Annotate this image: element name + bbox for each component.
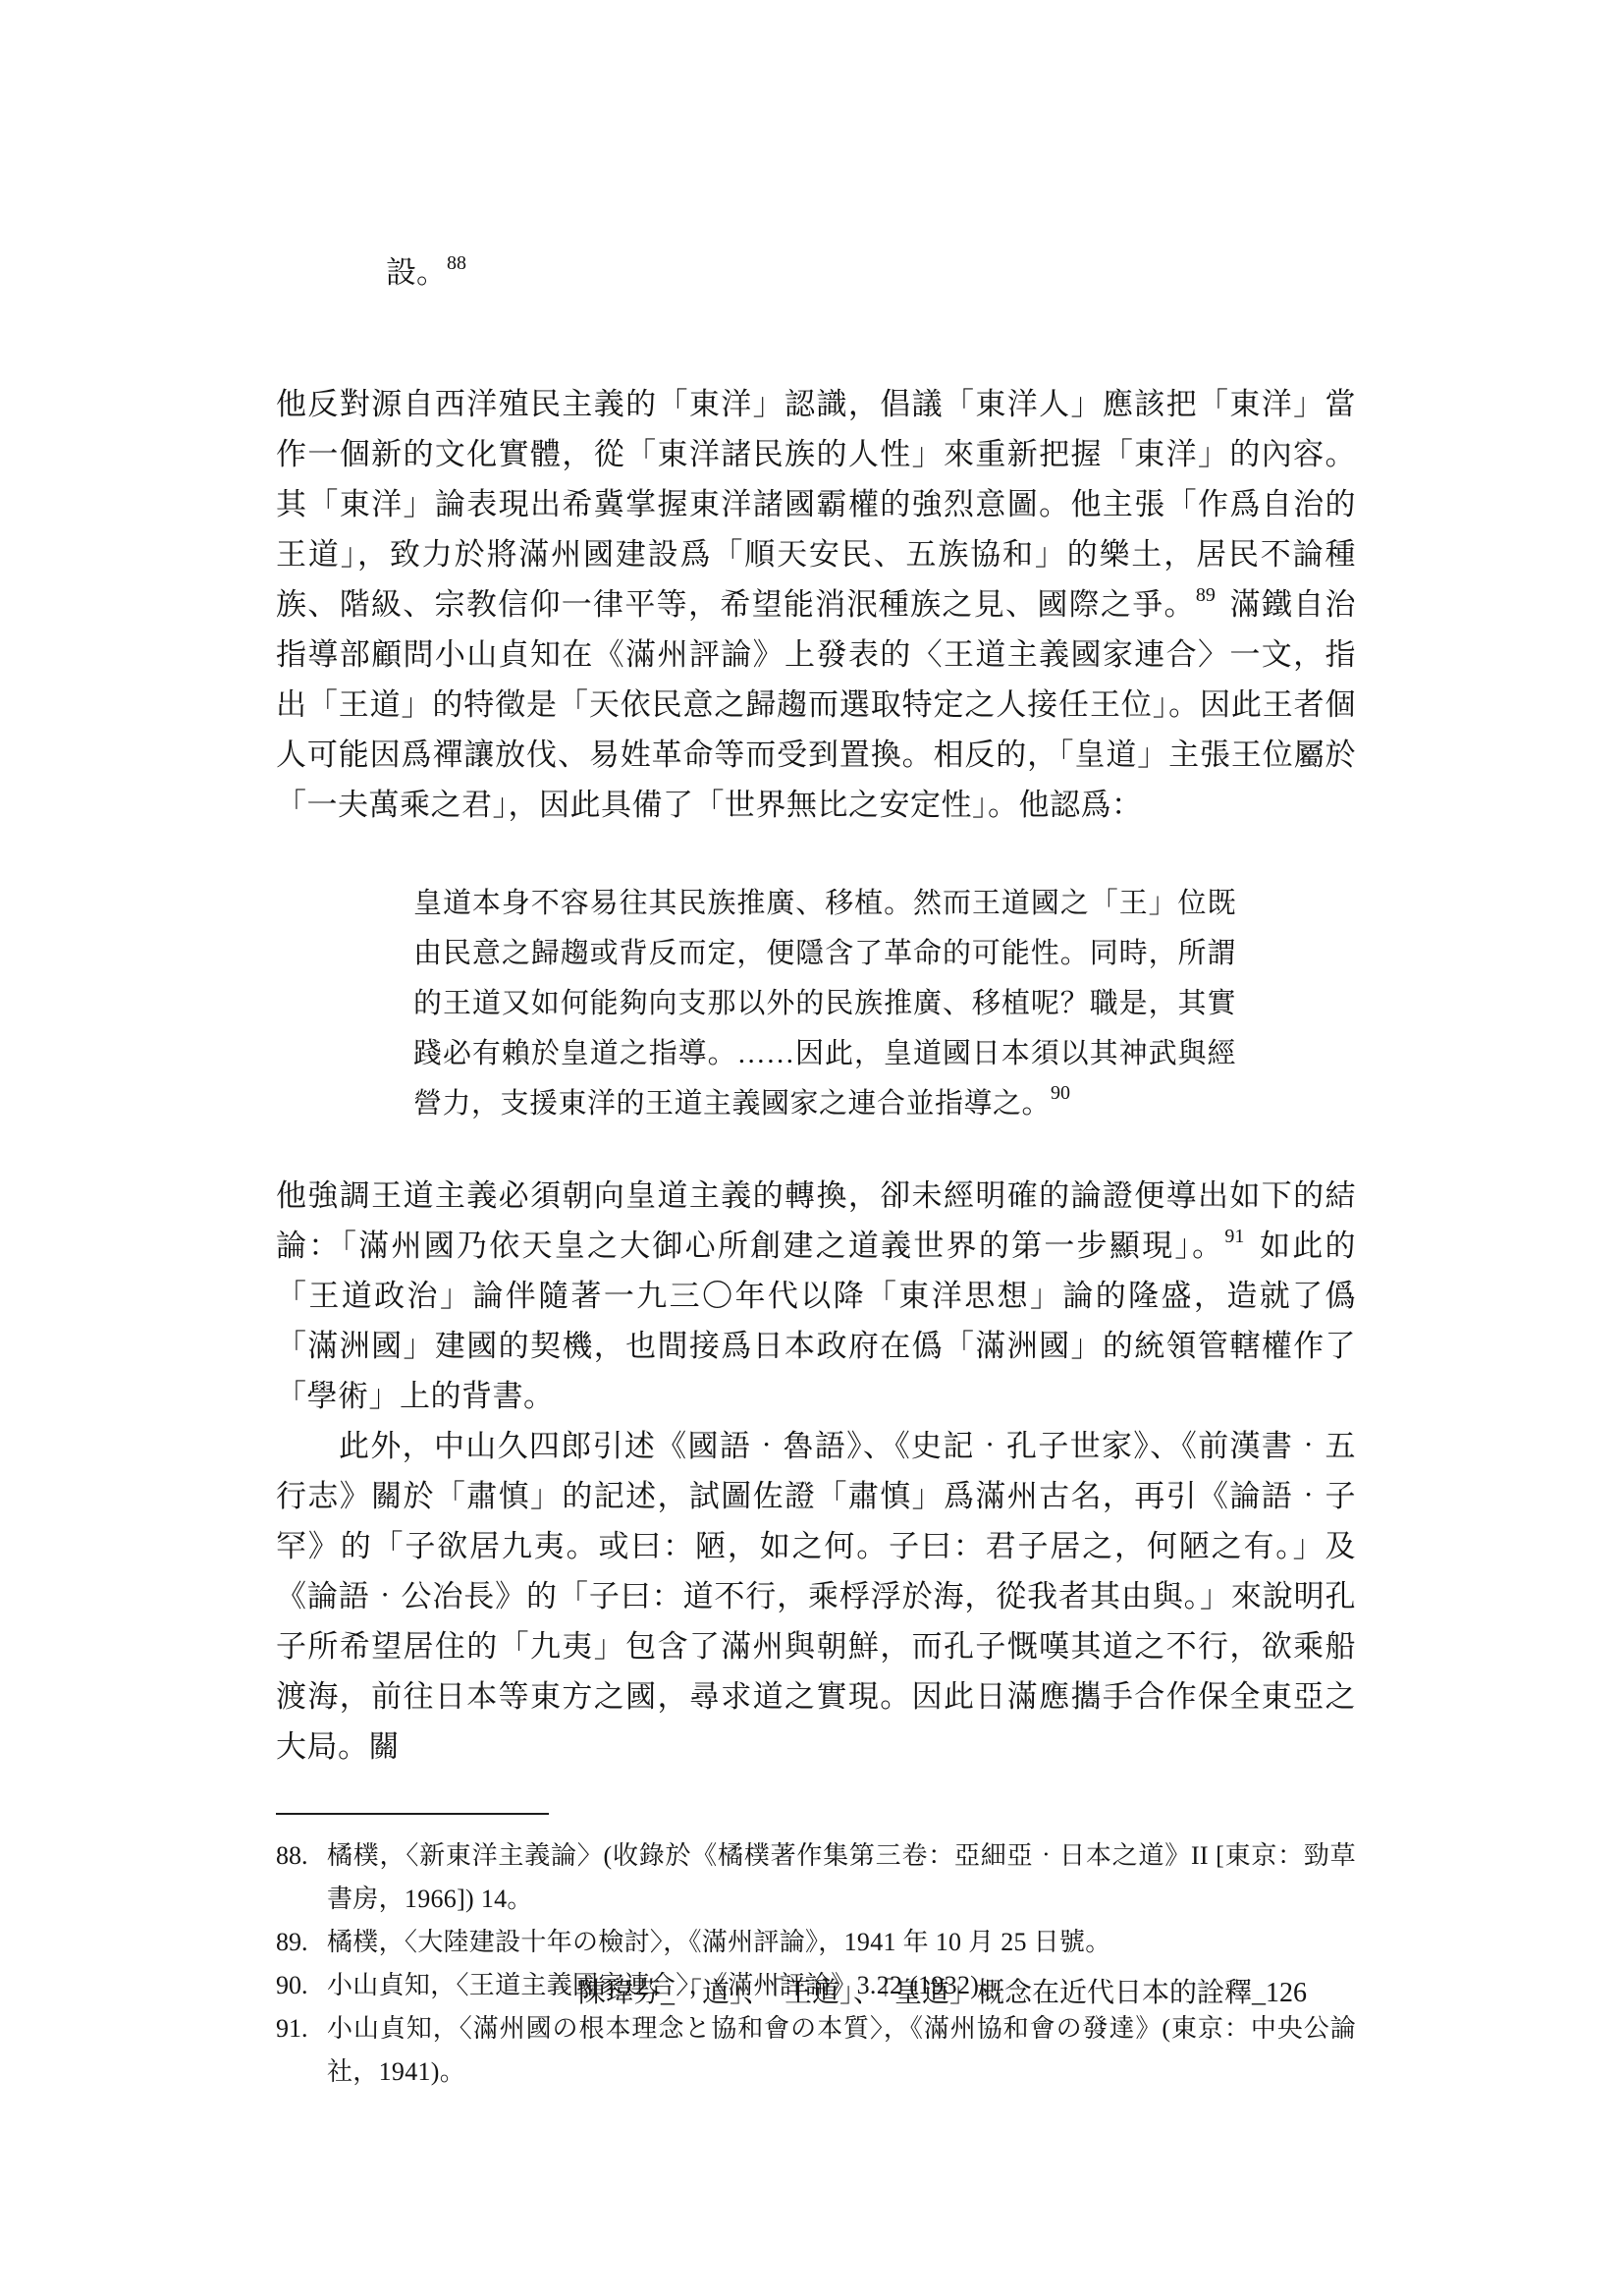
paragraph-1: 他反對源自西洋殖民主義的「東洋」認識，倡議「東洋人」應該把「東洋」當作一個新的文… bbox=[276, 379, 1356, 830]
footnote-text: 小山貞知，〈滿州國の根本理念と協和會の本質〉，《滿州協和會の發達》(東京：中央公… bbox=[327, 2007, 1356, 2094]
document-page: 設。88 他反對源自西洋殖民主義的「東洋」認識，倡議「東洋人」應該把「東洋」當作… bbox=[0, 0, 1623, 2296]
footnote-ref-90: 90 bbox=[1051, 1082, 1070, 1104]
page-footer: 陳瑋芬_「道」、「王道」、「皇道」概念在近代日本的詮釋_126 bbox=[578, 1976, 1307, 2011]
text-column: 設。88 他反對源自西洋殖民主義的「東洋」認識，倡議「東洋人」應該把「東洋」當作… bbox=[276, 0, 1356, 2094]
paragraph-1-text-b: 滿鐵自治指導部顧問小山貞知在《滿州評論》上發表的〈王道主義國家連合〉一文，指出「… bbox=[276, 587, 1356, 822]
footnote-ref-88: 88 bbox=[447, 252, 466, 274]
footnote-separator bbox=[276, 1813, 549, 1815]
footnotes-section: 88. 橘樸，〈新東洋主義論〉(收錄於《橘樸著作集第三卷：亞細亞‧日本之道》II… bbox=[276, 1834, 1356, 2094]
footnote-ref-89: 89 bbox=[1196, 584, 1216, 606]
paragraph-2-text-a: 他強調王道主義必須朝向皇道主義的轉換，卻未經明確的論證便導出如下的結論：「滿州國… bbox=[276, 1178, 1356, 1263]
paragraph-3: 此外，中山久四郎引述《國語‧魯語》、《史記‧孔子世家》、《前漢書‧五行志》關於「… bbox=[276, 1421, 1356, 1772]
footnote-text: 橘樸，〈新東洋主義論〉(收錄於《橘樸著作集第三卷：亞細亞‧日本之道》II [東京… bbox=[327, 1834, 1356, 1921]
footnote-item-91: 91. 小山貞知，〈滿州國の根本理念と協和會の本質〉，《滿州協和會の發達》(東京… bbox=[276, 2007, 1356, 2094]
footnote-item-88: 88. 橘樸，〈新東洋主義論〉(收錄於《橘樸著作集第三卷：亞細亞‧日本之道》II… bbox=[276, 1834, 1356, 1921]
footnote-item-89: 89. 橘樸，〈大陸建設十年の檢討〉，《滿州評論》，1941 年 10 月 25… bbox=[276, 1921, 1356, 1964]
quote-fragment-text: 設。 bbox=[386, 255, 447, 290]
block-quote: 皇道本身不容易往其民族推廣、移植。然而王道國之「王」位既由民意之歸趨或背反而定，… bbox=[413, 879, 1236, 1129]
footnote-text: 橘樸，〈大陸建設十年の檢討〉，《滿州評論》，1941 年 10 月 25 日號。 bbox=[327, 1921, 1356, 1964]
paragraph-1-text-a: 他反對源自西洋殖民主義的「東洋」認識，倡議「東洋人」應該把「東洋」當作一個新的文… bbox=[276, 387, 1356, 622]
footnote-number: 88. bbox=[276, 1834, 327, 1921]
footnote-ref-91: 91 bbox=[1224, 1226, 1244, 1247]
page-footer-text: 陳瑋芬_「道」、「王道」、「皇道」概念在近代日本的詮釋_126 bbox=[578, 1978, 1307, 2008]
footnote-number: 90. bbox=[276, 1964, 327, 2007]
block-quote-text: 皇道本身不容易往其民族推廣、移植。然而王道國之「王」位既由民意之歸趨或背反而定，… bbox=[413, 888, 1236, 1120]
paragraph-2: 他強調王道主義必須朝向皇道主義的轉換，卻未經明確的論證便導出如下的結論：「滿州國… bbox=[276, 1171, 1356, 1421]
footnote-number: 91. bbox=[276, 2007, 327, 2094]
footnote-number: 89. bbox=[276, 1921, 327, 1964]
quote-fragment: 設。88 bbox=[276, 0, 1356, 293]
